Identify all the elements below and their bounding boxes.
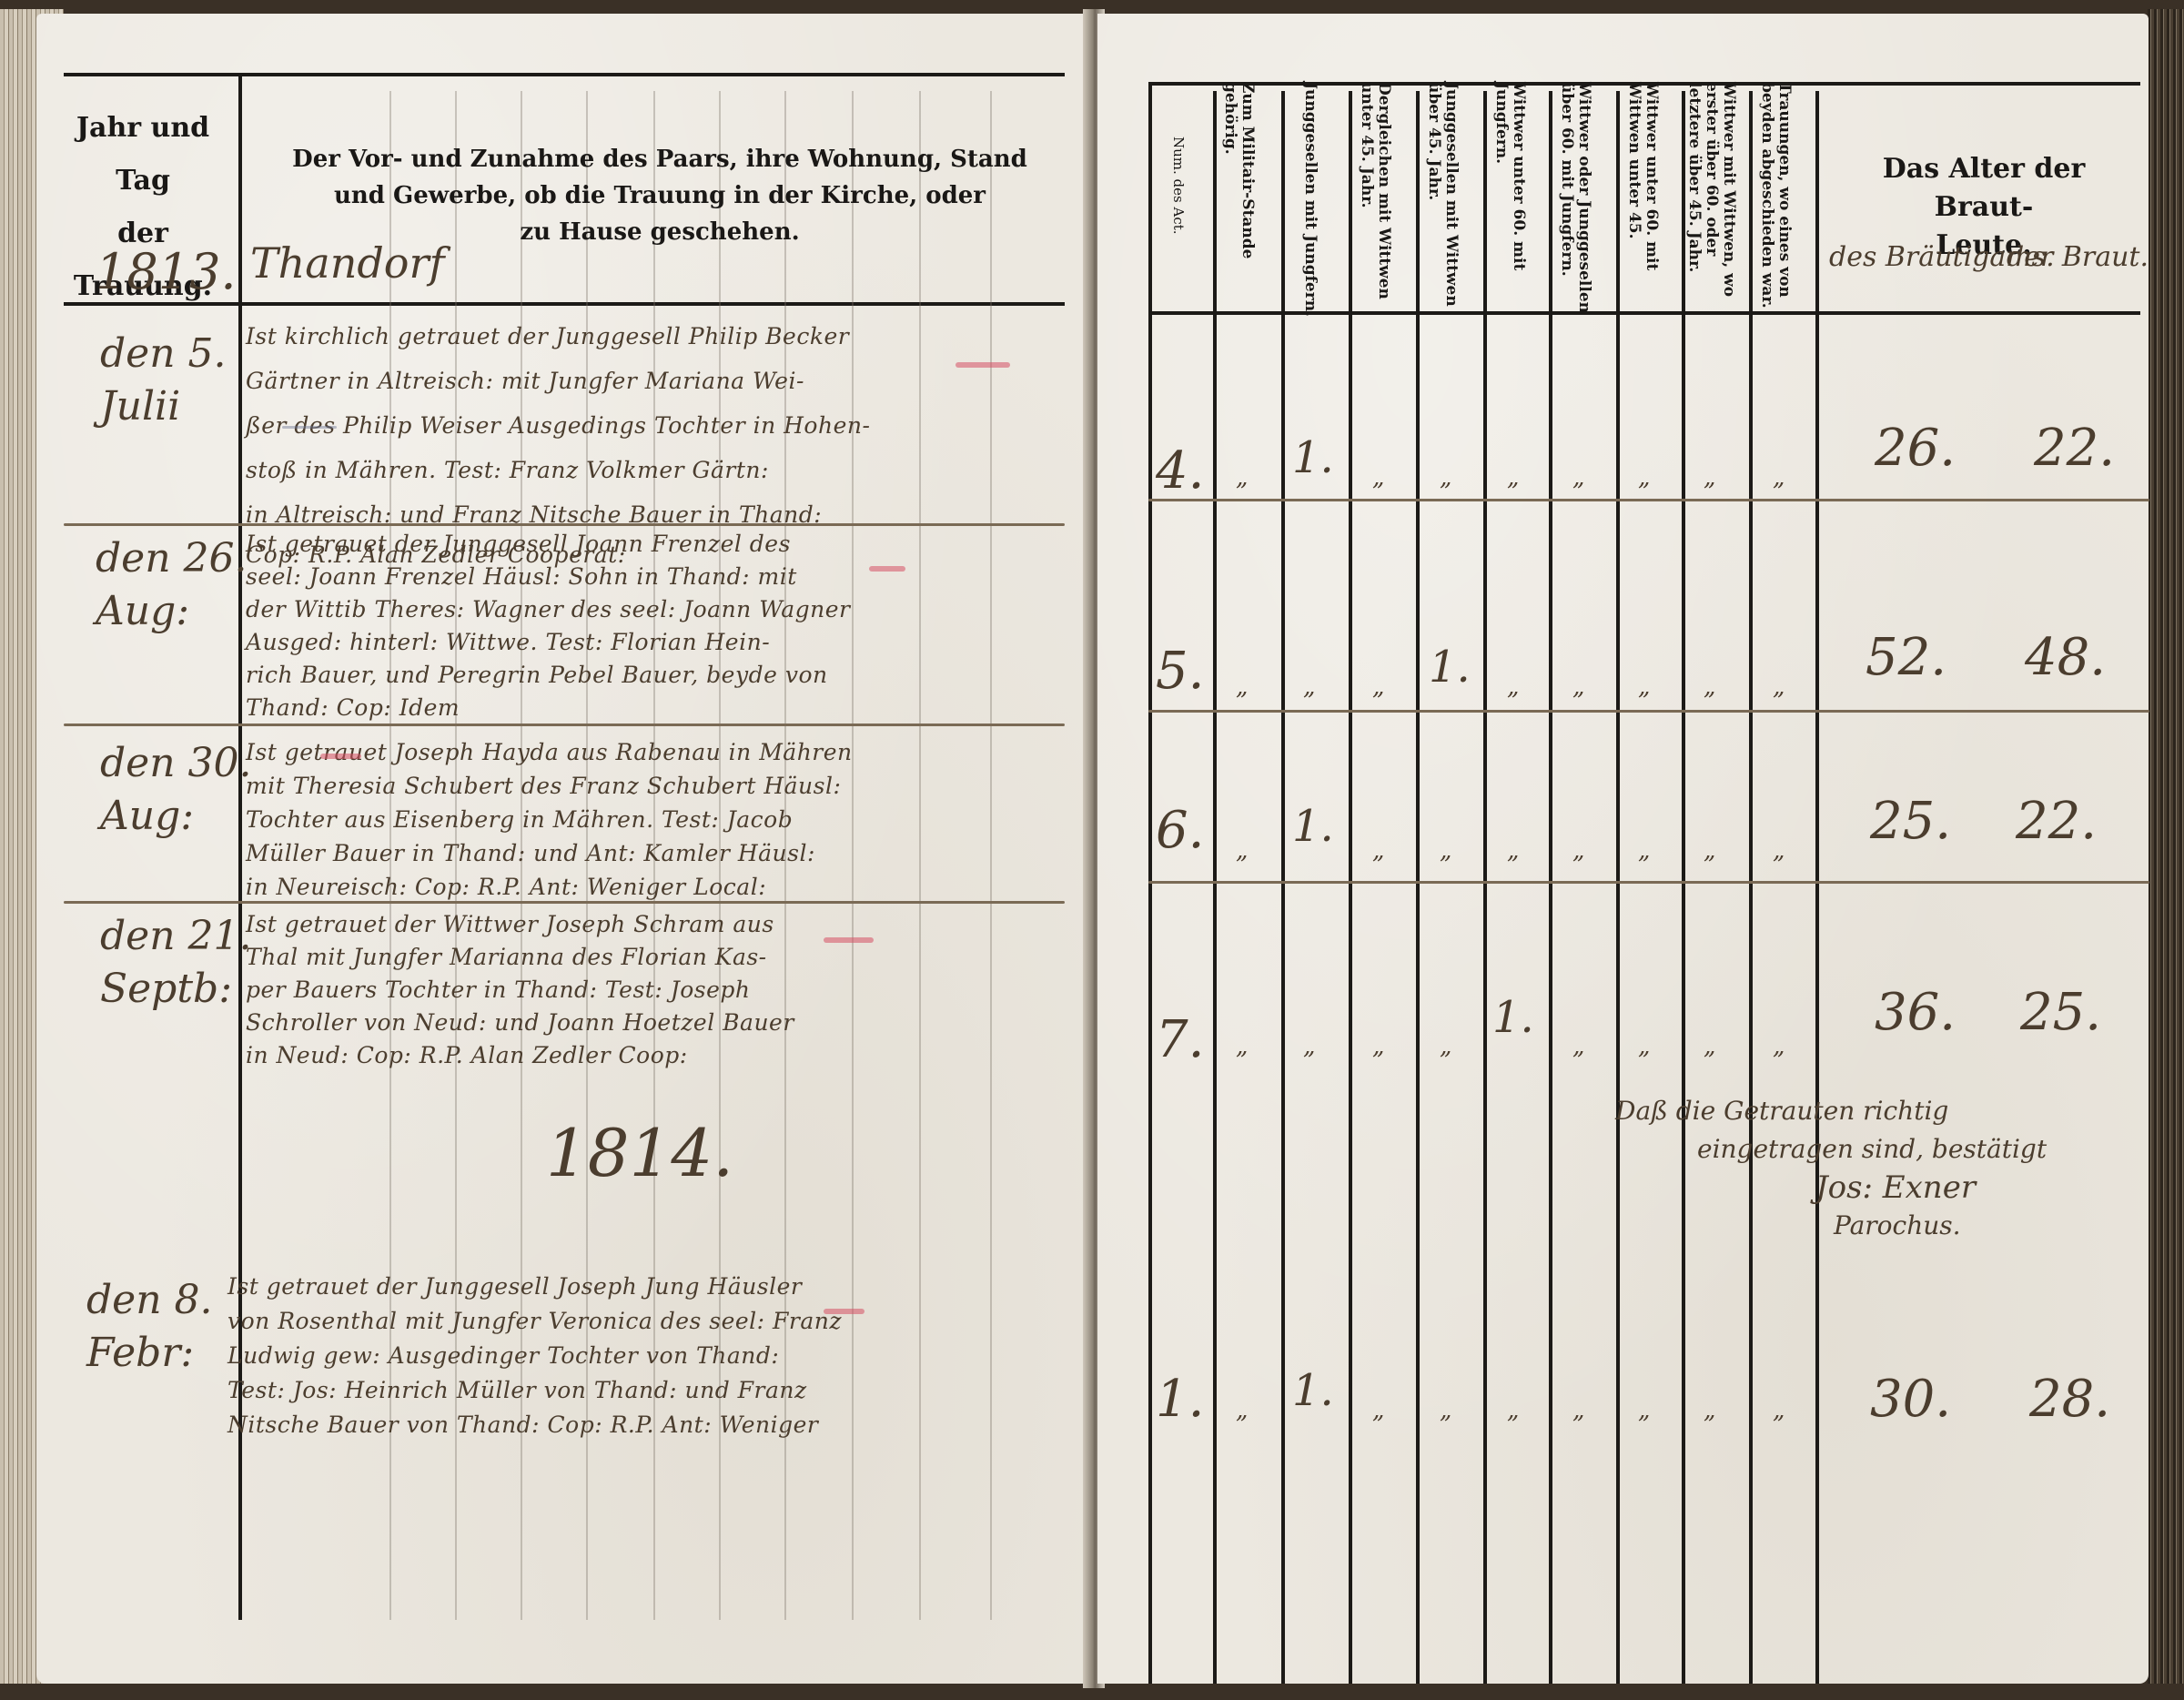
tally-mark: „ — [1773, 673, 1785, 701]
tally-mark: „ — [1638, 673, 1650, 701]
entry-text: Ist getrauet der Junggesell Joann Frenze… — [246, 528, 1147, 724]
tally-mark: „ — [1372, 673, 1384, 701]
tally-mark: „ — [1507, 464, 1519, 491]
note-line: eingetragen sind, bestätigt — [1615, 1130, 2125, 1169]
column-header-widower-widow: Wittwer unter 60. mit Wittwen unter 45. — [1625, 82, 1660, 319]
tally-mark: „ — [1372, 837, 1384, 865]
top-rule-left — [64, 73, 1065, 76]
act-number: 6. — [1156, 801, 1204, 860]
tally-mark: 1. — [1292, 801, 1334, 852]
tally-mark: „ — [1372, 464, 1384, 491]
entry-line: Ist getrauet der Wittwer Joseph Schram a… — [246, 908, 1147, 941]
date-month: Julii — [100, 380, 227, 433]
entry-line: Ist getrauet der Junggesell Joann Frenze… — [246, 528, 1147, 561]
entry-line: in Neureisch: Cop: R.P. Ant: Weniger Loc… — [246, 870, 1147, 904]
tally-mark: „ — [1572, 673, 1584, 701]
tally-mark: „ — [1704, 1397, 1715, 1424]
bride-age: 25. — [2020, 983, 2101, 1042]
tally-mark: „ — [1572, 837, 1584, 865]
bride-age: 28. — [2029, 1370, 2110, 1429]
tally-mark: „ — [1236, 673, 1248, 701]
bride-age: 48. — [2025, 628, 2106, 687]
entry-line: Ist kirchlich getrauet der Junggesell Ph… — [246, 314, 1147, 359]
date-month: Febr: — [86, 1327, 213, 1380]
names-column-header: Der Vor- und Zunahme des Paars, ihre Woh… — [259, 141, 1060, 250]
tally-mark: „ — [1236, 837, 1248, 865]
column-header-num: Num. des Act. — [1169, 137, 1187, 373]
tally-mark: 1. — [1292, 432, 1334, 483]
tally-mark: „ — [1704, 673, 1715, 701]
column-rule — [1749, 91, 1753, 1684]
entry-line: Müller Bauer in Thand: und Ant: Kamler H… — [246, 836, 1147, 870]
entry-line: Test: Jos: Heinrich Müller von Thand: un… — [227, 1373, 1128, 1408]
entry-line: Schroller von Neud: und Joann Hoetzel Ba… — [246, 1007, 1147, 1039]
column-header-widow-under-45: Dergleichen mit Wittwen unter 45. Jahr. — [1358, 82, 1392, 319]
tally-mark: „ — [1572, 464, 1584, 491]
place-name: Thandorf — [250, 238, 445, 288]
column-header-widower-widow-old: Wittwer mit Wittwen, wo erster über 60. … — [1685, 82, 1737, 319]
column-header-bachelor-maiden: Junggesellen mit Jungfern. — [1301, 82, 1319, 319]
row-separator — [1148, 881, 2149, 884]
entry-line: Ludwig gew: Ausgedinger Tochter von Than… — [227, 1339, 1128, 1373]
red-pencil-mark — [869, 566, 905, 572]
tally-mark: „ — [1236, 1397, 1248, 1424]
tally-mark: „ — [1507, 673, 1519, 701]
tally-mark: „ — [1236, 464, 1248, 491]
row-separator — [1148, 499, 2149, 501]
act-number: 5. — [1156, 642, 1204, 701]
entry-line: rich Bauer, und Peregrin Pebel Bauer, be… — [246, 659, 1147, 692]
signature: Jos: Exner — [1615, 1169, 2125, 1207]
header-line: Das Alter der Braut- — [1829, 150, 2138, 227]
column-rule — [1349, 91, 1352, 1684]
tally-mark: „ — [1638, 1397, 1650, 1424]
page-edges-right — [2148, 9, 2184, 1684]
column-rule — [1616, 91, 1620, 1684]
tally-mark: „ — [1440, 1397, 1451, 1424]
tally-mark: „ — [1572, 1033, 1584, 1060]
act-number: 4. — [1156, 441, 1204, 501]
tally-mark: „ — [1440, 1033, 1451, 1060]
entry-line: mit Theresia Schubert des Franz Schubert… — [246, 769, 1147, 803]
tally-mark: „ — [1440, 464, 1451, 491]
entry-date: den 30. Aug: — [100, 737, 252, 843]
column-rule — [1416, 91, 1420, 1684]
groom-age: 36. — [1875, 983, 1956, 1042]
column-rule — [1483, 91, 1487, 1684]
entry-line: Ausged: hinterl: Wittwe. Test: Florian H… — [246, 626, 1147, 659]
column-rule — [1281, 91, 1285, 1684]
date-month: Aug: — [96, 585, 248, 638]
entry-line: per Bauers Tochter in Thand: Test: Josep… — [246, 974, 1147, 1007]
entry-text: Ist getrauet der Wittwer Joseph Schram a… — [246, 908, 1147, 1072]
header-line: und Gewerbe, ob die Trauung in der Kirch… — [259, 177, 1060, 214]
entry-line: seel: Joann Frenzel Häusl: Sohn in Thand… — [246, 561, 1147, 593]
date-day: den 8. — [86, 1274, 213, 1327]
bride-age: 22. — [2034, 419, 2115, 478]
entry-line: ßer des Philip Weiser Ausgedings Tochter… — [246, 403, 1147, 448]
tally-mark: „ — [1773, 1397, 1785, 1424]
certification-note: Daß die Getrauten richtig eingetragen si… — [1615, 1092, 2125, 1245]
entry-date: den 26. Aug: — [96, 532, 248, 638]
groom-age: 30. — [1870, 1370, 1951, 1429]
row-separator — [1148, 710, 2149, 713]
tally-mark: 1. — [1429, 642, 1471, 693]
tally-mark: „ — [1236, 1033, 1248, 1060]
entry-date: den 8. Febr: — [86, 1274, 213, 1380]
entry-date: den 5. Julii — [100, 328, 227, 433]
column-header-widower-under-60: Wittwer unter 60. mit Jungfern. — [1492, 82, 1527, 319]
entry-line: in Neud: Cop: R.P. Alan Zedler Coop: — [246, 1039, 1147, 1072]
tally-mark: „ — [1704, 837, 1715, 865]
act-number: 1. — [1156, 1370, 1204, 1429]
tally-mark: 1. — [1492, 992, 1534, 1043]
column-rule — [1682, 91, 1685, 1684]
entry-text: Ist getrauet der Junggesell Joseph Jung … — [227, 1270, 1128, 1442]
date-day: den 21. — [100, 910, 252, 963]
entry-line: Thal mit Jungfer Marianna des Florian Ka… — [246, 941, 1147, 974]
entry-line: Tochter aus Eisenberg in Mähren. Test: J… — [246, 803, 1147, 836]
column-header-widow-over-45: Junggesellen mit Wittwen über 45. Jahr. — [1425, 82, 1460, 319]
date-day: den 26. — [96, 532, 248, 585]
column-header-over-60: Wittwer oder Junggesellen über 60. mit J… — [1558, 82, 1592, 319]
date-day: den 5. — [100, 328, 227, 380]
red-pencil-mark — [320, 754, 361, 759]
column-rule — [1213, 91, 1217, 1684]
entry-line: stoß in Mähren. Test: Franz Volkmer Gärt… — [246, 448, 1147, 492]
tally-mark: „ — [1638, 1033, 1650, 1060]
year-1814: 1814. — [546, 1115, 733, 1191]
date-day: den 30. — [100, 737, 252, 790]
tally-mark: „ — [1507, 1397, 1519, 1424]
blue-pencil-mark — [282, 426, 337, 429]
tally-mark: „ — [1303, 673, 1315, 701]
tally-mark: „ — [1372, 1033, 1384, 1060]
note-line: Daß die Getrauten richtig — [1615, 1092, 2125, 1130]
tally-mark: „ — [1303, 1033, 1315, 1060]
entry-line: der Wittib Theres: Wagner des seel: Joan… — [246, 593, 1147, 626]
tally-mark: „ — [1704, 464, 1715, 491]
entry-line: Thand: Cop: Idem — [246, 692, 1147, 724]
entry-date: den 21. Septb: — [100, 910, 252, 1016]
red-pencil-mark — [955, 362, 1010, 368]
date-month: Aug: — [100, 790, 252, 843]
act-number: 7. — [1156, 1010, 1204, 1069]
entry-line: Ist getrauet Joseph Hayda aus Rabenau in… — [246, 735, 1147, 769]
entry-line: Nitsche Bauer von Thand: Cop: R.P. Ant: … — [227, 1408, 1128, 1442]
entry-line: Gärtner in Altreisch: mit Jungfer Marian… — [246, 359, 1147, 403]
column-header-divorced: Trauungen, wo eines von beyden abgeschie… — [1758, 82, 1793, 319]
tally-mark: „ — [1773, 1033, 1785, 1060]
signature-title: Parochus. — [1615, 1207, 2125, 1245]
tally-mark: „ — [1704, 1033, 1715, 1060]
date-month: Septb: — [100, 963, 252, 1016]
red-pencil-mark — [824, 1309, 864, 1314]
entry-line: Ist getrauet der Junggesell Joseph Jung … — [227, 1270, 1128, 1304]
header-line: Jahr und Tag — [47, 102, 238, 207]
column-header-military: Zum Militair-Stande gehörig. — [1221, 82, 1256, 319]
entry-line: von Rosenthal mit Jungfer Veronica des s… — [227, 1304, 1128, 1339]
tally-mark: „ — [1638, 837, 1650, 865]
bride-age: 22. — [2016, 792, 2097, 851]
bride-subheader: der Braut. — [2007, 241, 2149, 273]
tally-mark: „ — [1507, 837, 1519, 865]
tally-mark: „ — [1638, 464, 1650, 491]
tally-mark: 1. — [1292, 1365, 1334, 1416]
register-book: Jahr und Tag der Trauung. Der Vor- und Z… — [0, 0, 2184, 1700]
groom-age: 26. — [1875, 419, 1956, 478]
tally-mark: „ — [1773, 837, 1785, 865]
tally-mark: „ — [1372, 1397, 1384, 1424]
tally-mark: „ — [1773, 464, 1785, 491]
tally-mark: „ — [1440, 837, 1451, 865]
year-1813: 1813. — [96, 246, 237, 299]
groom-age: 52. — [1865, 628, 1946, 687]
tally-mark: „ — [1572, 1397, 1584, 1424]
entry-text: Ist getrauet Joseph Hayda aus Rabenau in… — [246, 735, 1147, 904]
column-rule — [1815, 91, 1819, 1684]
red-pencil-mark — [824, 937, 874, 943]
groom-age: 25. — [1870, 792, 1951, 851]
column-rule — [1549, 91, 1552, 1684]
header-line: Der Vor- und Zunahme des Paars, ihre Woh… — [259, 141, 1060, 177]
